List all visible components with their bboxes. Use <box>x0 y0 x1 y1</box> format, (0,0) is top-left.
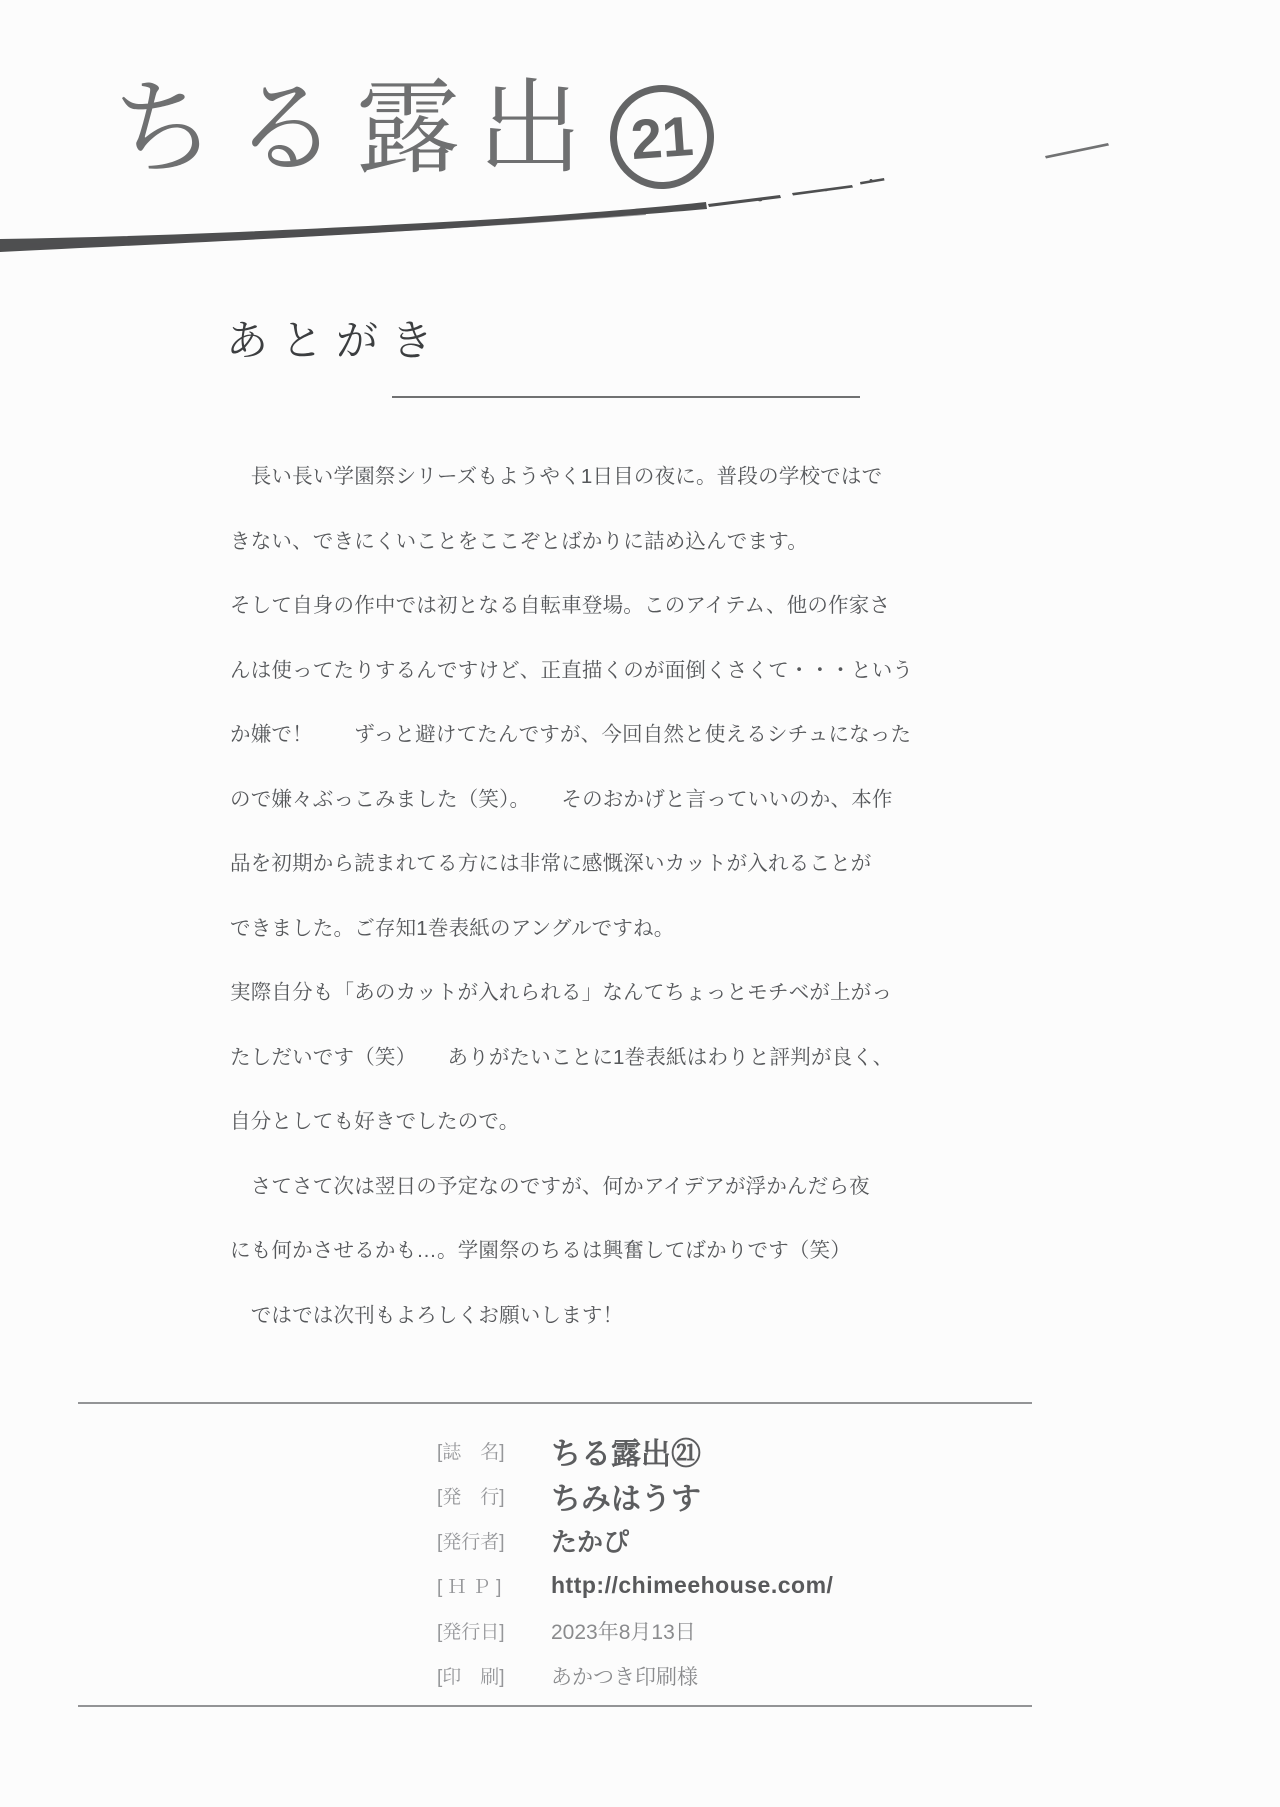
body-text-line: さてさて次は翌日の予定なのですが、何かアイデアが浮かんだら夜 <box>230 1155 910 1220</box>
page-bottom-rule <box>78 1705 1032 1707</box>
colophon-row: [ Ｈ Ｐ ] http://chimeehouse.com/ <box>437 1563 833 1608</box>
brush-stroke-decoration <box>0 130 1280 270</box>
body-text-line: 長い長い学園祭シリーズもようやく1日目の夜に。普段の学校ではで <box>230 445 910 510</box>
colophon: [誌 名] ちる露出㉑ [発 行] ちみはうす [発行者] たかぴ [ Ｈ Ｐ … <box>437 1428 833 1698</box>
colophon-label: [ Ｈ Ｐ ] <box>437 1572 539 1599</box>
body-text-line: そして自身の作中では初となる自転車登場。このアイテム、他の作家さ <box>230 574 910 639</box>
body-text-line: 自分としても好きでしたので。 <box>230 1090 910 1155</box>
afterword-page: ちる露出 21 あとがき 長い長い学園祭シリーズもようやく1日目の夜に。普段の学… <box>0 0 1280 1807</box>
colophon-value: http://chimeehouse.com/ <box>551 1572 833 1599</box>
body-text-line: たしだいです（笑） ありがたいことに1巻表紙はわりと評判が良く、 <box>230 1026 910 1091</box>
colophon-label: [発行者] <box>437 1527 539 1554</box>
colophon-value: あかつき印刷様 <box>551 1661 698 1691</box>
body-text-line: か嫌で！ ずっと避けてたんですが、今回自然と使えるシチュになった <box>230 703 910 768</box>
body-text-line: ので嫌々ぶっこみました（笑）。 そのおかげと言っていいのか、本作 <box>230 768 910 833</box>
colophon-row: [発 行] ちみはうす <box>437 1473 833 1518</box>
colophon-label: [発行日] <box>437 1617 539 1644</box>
body-text-line: にも何かさせるかも…。学園祭のちるは興奮してばかりです（笑） <box>230 1219 910 1284</box>
heading-rule <box>392 396 860 398</box>
colophon-row: [発行日] 2023年8月13日 <box>437 1608 833 1653</box>
colophon-value: ちみはうす <box>551 1474 701 1518</box>
colophon-top-rule <box>78 1402 1032 1404</box>
colophon-row: [発行者] たかぴ <box>437 1518 833 1563</box>
colophon-row: [印 刷] あかつき印刷様 <box>437 1653 833 1698</box>
afterword-body: 長い長い学園祭シリーズもようやく1日目の夜に。普段の学校ではで きない、できにく… <box>230 445 910 1348</box>
colophon-value: ちる露出㉑ <box>551 1429 701 1473</box>
body-text-line: んは使ってたりするんですけど、正直描くのが面倒くさくて・・・という <box>230 639 910 704</box>
body-text-line: 実際自分も「あのカットが入れられる」なんてちょっとモチベが上がっ <box>230 961 910 1026</box>
body-text-line: きない、できにくいことをここぞとばかりに詰め込んでます。 <box>230 510 910 575</box>
body-text-line: 品を初期から読まれてる方には非常に感慨深いカットが入れることが <box>230 832 910 897</box>
colophon-label: [誌 名] <box>437 1437 539 1464</box>
colophon-value: 2023年8月13日 <box>551 1616 696 1646</box>
body-text-line: できました。ご存知1巻表紙のアングルですね。 <box>230 897 910 962</box>
colophon-value: たかぴ <box>551 1522 629 1559</box>
colophon-row: [誌 名] ちる露出㉑ <box>437 1428 833 1473</box>
colophon-label: [印 刷] <box>437 1662 539 1689</box>
body-text-line: ではでは次刊もよろしくお願いします！ <box>230 1284 910 1349</box>
afterword-heading: あとがき <box>226 308 446 368</box>
colophon-label: [発 行] <box>437 1482 539 1509</box>
